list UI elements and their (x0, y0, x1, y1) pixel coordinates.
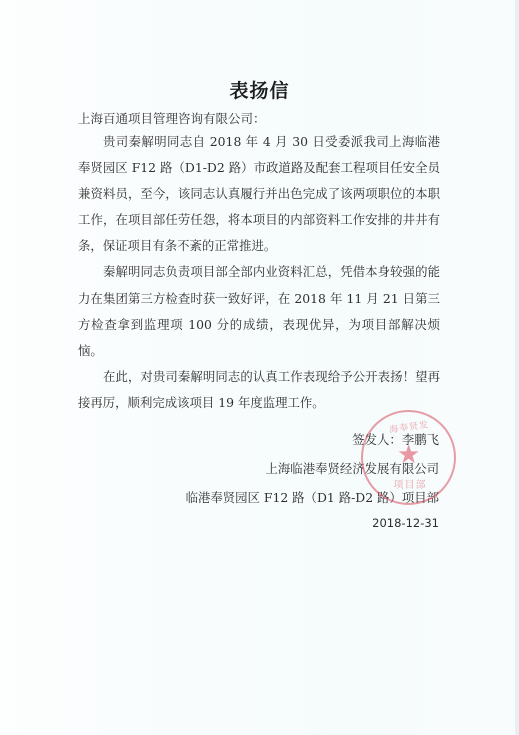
issuing-department: 临港奉贤园区 F12 路（D1 路-D2 路）项目部 (186, 488, 439, 506)
signer-line: 签发人：李鹏飞 (352, 430, 439, 448)
letter-title: 表扬信 (0, 76, 519, 103)
letter-body: 贵司秦解明同志自 2018 年 4 月 30 日受委派我司上海临港奉贤园区 F1… (78, 129, 440, 416)
issuing-company: 上海临港奉贤经济发展有限公司 (266, 459, 439, 477)
body-paragraph-3: 在此，对贵司秦解明同志的认真工作表现给予公开表扬！望再接再厉，顺利完成该项目 1… (78, 364, 440, 416)
body-paragraph-1: 贵司秦解明同志自 2018 年 4 月 30 日受委派我司上海临港奉贤园区 F1… (78, 129, 440, 259)
letter-date: 2018-12-31 (372, 516, 439, 530)
body-paragraph-2: 秦解明同志负责项目部全部内业资料汇总，凭借本身较强的能力在集团第三方检查时获一致… (78, 259, 440, 363)
page-edge (515, 0, 519, 735)
letter-salutation: 上海百通项目管理咨询有限公司： (78, 109, 266, 127)
document-page: 表扬信 上海百通项目管理咨询有限公司： 贵司秦解明同志自 2018 年 4 月 … (0, 0, 519, 735)
